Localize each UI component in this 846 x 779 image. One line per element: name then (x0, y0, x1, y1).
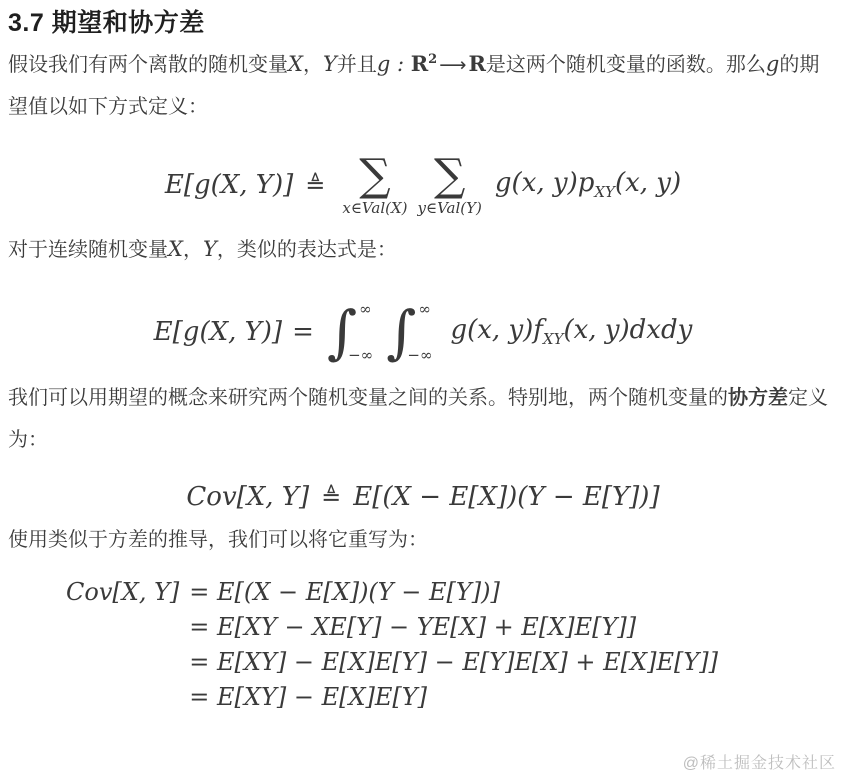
integral-limits: ∞ −∞ (414, 300, 439, 364)
formula-lhs: E[g(X, Y)] (165, 170, 293, 200)
long-right-arrow: ⟶ (437, 54, 468, 76)
sigma-symbol: ∑ (359, 153, 390, 199)
formula-body: g(x, y)pXY(x, y) (495, 168, 681, 201)
formula-rhs: E[(X − E[X])(Y − E[Y])] (353, 482, 659, 512)
derivation-line: = E[XY] − E[X]E[Y] (189, 680, 718, 715)
superscript-2: 2 (428, 52, 437, 67)
integral-limits: ∞ −∞ (355, 300, 380, 364)
covariance-derivation: Cov[X, Y] = E[(X − E[X])(Y − E[Y])] = E[… (66, 575, 846, 715)
paragraph-continuous: 对于连续随机变量X，Y，类似的表达式是： (0, 228, 846, 271)
formula-covariance-definition: Cov[X, Y] ≜ E[(X − E[X])(Y − E[Y])] (0, 475, 846, 519)
text-segment: 对于连续随机变量 (8, 239, 168, 261)
text-segment: ，类似的表达式是： (217, 239, 397, 261)
triangle-equals-symbol: ≜ (321, 483, 341, 511)
upper-limit: ∞ (418, 300, 443, 318)
text-segment: 并且 (337, 54, 377, 76)
formula-expectation-continuous: E[g(X, Y)] = ∫ ∞ −∞ ∫ ∞ −∞ g(x, y)fXY(x,… (0, 287, 846, 377)
paragraph-intro: 假设我们有两个离散的随机变量X，Y并且g : R2⟶R是这两个随机变量的函数。那… (0, 39, 846, 128)
equals-symbol: = (292, 317, 314, 347)
section-title: 3.7 期望和协方差 (0, 0, 846, 39)
derivation-line: = E[XY − XE[Y] − YE[X] + E[X]E[Y]] (189, 610, 718, 645)
text-segment: 我们可以用期望的概念来研究两个随机变量之间的关系。特别地，两个随机变量的 (8, 387, 728, 409)
subscript-xy: XY (543, 331, 564, 349)
triangle-equals-symbol: ≜ (305, 171, 325, 199)
math-var-y: Y (203, 237, 217, 261)
formula-expectation-discrete: E[g(X, Y)] ≜ ∑ x∈Val(X) y∈Val(Y) ∑ y∈Val… (0, 142, 846, 228)
subscript-xy: XY (594, 184, 615, 202)
derivation-line: = E[XY] − E[X]E[Y] − E[Y]E[X] + E[X]E[Y]… (189, 645, 718, 680)
watermark: @稀土掘金技术社区 (683, 750, 836, 773)
text-segment: ， (183, 239, 203, 261)
math-var-y: Y (323, 52, 337, 76)
formula-body: g(x, y)fXY(x, y)dxdy (450, 315, 692, 348)
math-colon: : (390, 52, 410, 76)
math-bold-r2: R2 (411, 51, 438, 76)
sum-subscript: x∈Val(X) (342, 200, 407, 217)
math-var-x: X (168, 237, 183, 261)
covariance-term-bold: 协方差 (728, 387, 788, 409)
integral-operator-x: ∫ ∞ −∞ (327, 300, 380, 364)
derivation-lhs: Cov[X, Y] (66, 575, 179, 610)
derivation-lines: = E[(X − E[X])(Y − E[Y])] = E[XY − XE[Y]… (189, 575, 718, 715)
math-bold-r: R (468, 51, 485, 76)
text-segment: 假设我们有两个离散的随机变量 (8, 54, 288, 76)
lower-limit: −∞ (348, 346, 373, 364)
text-segment: 是这两个随机变量的函数。那么 (486, 54, 766, 76)
math-var-g: g (377, 52, 390, 76)
upper-limit: ∞ (359, 300, 384, 318)
paragraph-covariance: 我们可以用期望的概念来研究两个随机变量之间的关系。特别地，两个随机变量的协方差定… (0, 377, 846, 461)
sum-subscript: y∈Val(Y) (418, 200, 482, 217)
integral-operator-y: ∫ ∞ −∞ (386, 300, 439, 364)
formula-lhs: Cov[X, Y] (186, 482, 309, 512)
math-var-g: g (766, 52, 779, 76)
lower-limit: −∞ (407, 346, 432, 364)
derivation-line: = E[(X − E[X])(Y − E[Y])] (189, 575, 718, 610)
sum-operator-y: y∈Val(Y) ∑ y∈Val(Y) (418, 153, 482, 217)
math-var-x: X (288, 52, 303, 76)
formula-lhs: E[g(X, Y)] (154, 317, 282, 347)
text-segment: ， (303, 54, 323, 76)
document-page: 3.7 期望和协方差 假设我们有两个离散的随机变量X，Y并且g : R2⟶R是这… (0, 0, 846, 779)
sigma-symbol: ∑ (434, 153, 465, 199)
sum-operator-x: ∑ x∈Val(X) (342, 153, 407, 217)
text-segment: 使用类似于方差的推导，我们可以将它重写为： (8, 529, 428, 551)
paragraph-rewrite: 使用类似于方差的推导，我们可以将它重写为： (0, 519, 846, 561)
